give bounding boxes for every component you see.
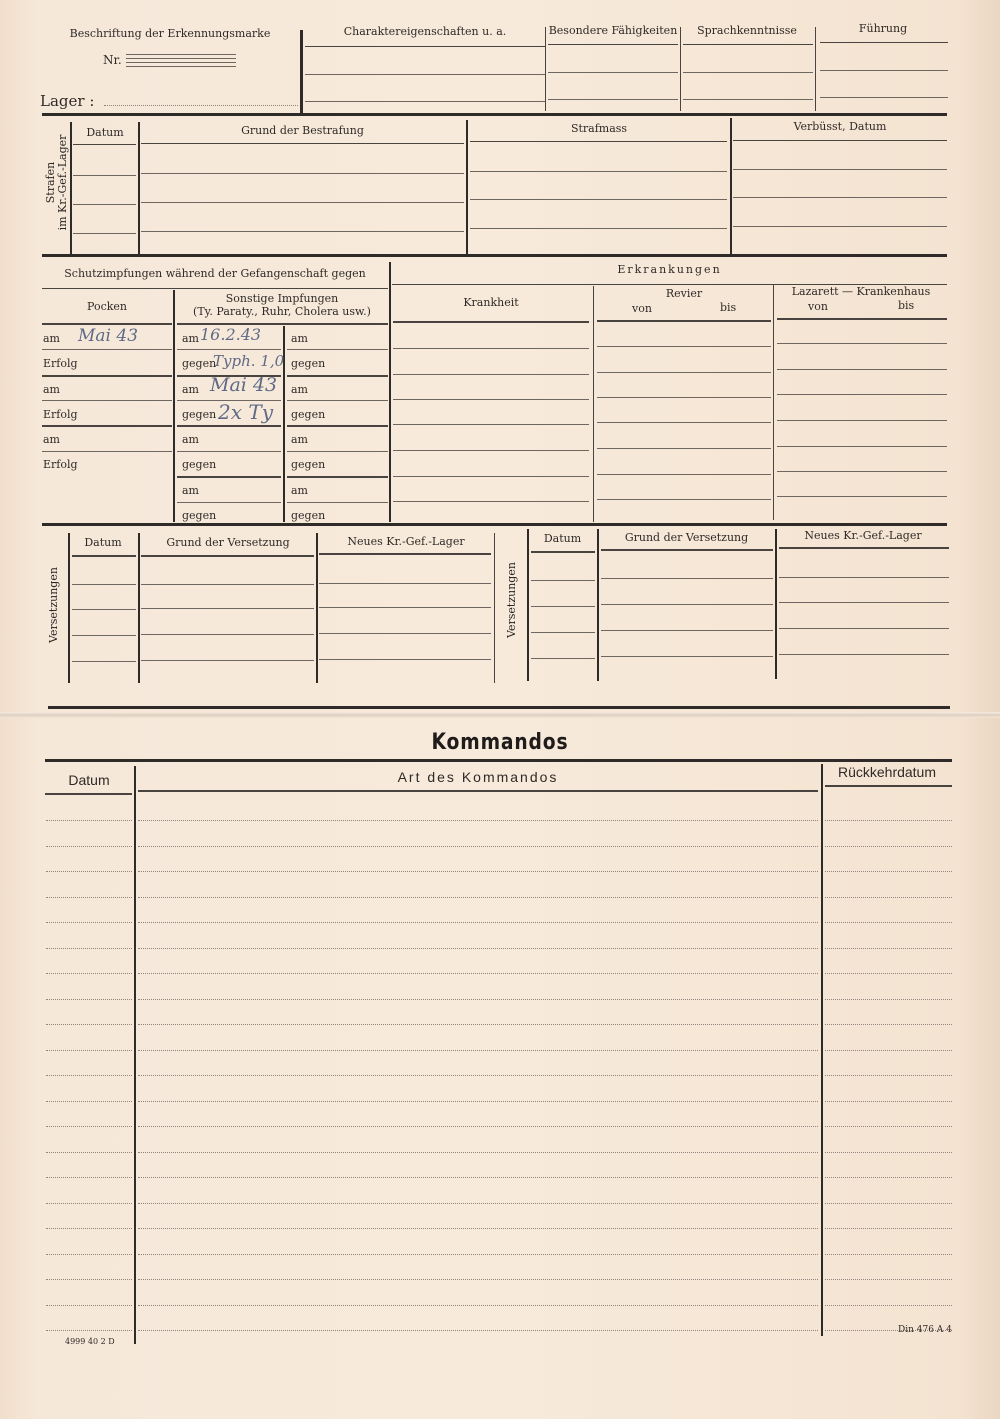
kommandos-row-line[interactable] (825, 1075, 952, 1076)
paper-fold (0, 712, 1000, 718)
pocken-header: Pocken (42, 300, 172, 313)
charakter-line-1[interactable] (305, 74, 545, 75)
sonstige1-am-value-1[interactable]: 16.2.43 (200, 325, 261, 344)
kommandos-row-line[interactable] (825, 1228, 952, 1229)
pocken-erfolg-label-3: Erfolg (43, 458, 78, 471)
lager-label: Lager : (40, 93, 94, 110)
strafen-row-4[interactable] (73, 234, 948, 254)
kommandos-row-line[interactable] (138, 1075, 818, 1076)
kommandos-row-line[interactable] (138, 999, 818, 1000)
kommandos-row-line[interactable] (138, 897, 818, 898)
versetzungen-side-label-left: Versetzungen (48, 560, 60, 650)
kommandos-row-line[interactable] (46, 1050, 132, 1051)
kommandos-row-line[interactable] (138, 1254, 818, 1255)
pocken-am-label-3: am (43, 433, 60, 446)
kommandos-top-rule (45, 759, 952, 762)
versetzung-right-lager-header: Neues Kr.-Gef.-Lager (777, 529, 949, 542)
erkrankungen-title: Erkrankungen (392, 263, 947, 276)
kommandos-row-line[interactable] (46, 1152, 132, 1153)
nr-label: Nr. (103, 54, 122, 67)
kommandos-row-line[interactable] (825, 1254, 952, 1255)
sonstige2-gegen-label-4: gegen (291, 509, 325, 522)
sonstige1-gegen-value-1[interactable]: Typh. 1,0 (213, 352, 284, 370)
kommandos-art-header: Art des Kommandos (136, 769, 820, 785)
kommandos-row-line[interactable] (138, 948, 818, 949)
kommandos-row-line[interactable] (825, 1050, 952, 1051)
strafen-side-label: Strafen im Kr.-Gef.-Lager (45, 120, 69, 245)
kommandos-row-line[interactable] (46, 1101, 132, 1102)
kommandos-row-line[interactable] (46, 846, 132, 847)
versetzung-right-grund-header: Grund der Versetzung (599, 531, 774, 544)
kommandos-row-line[interactable] (46, 1254, 132, 1255)
schutzimpfungen-title: Schutzimpfungen während der Gefangenscha… (42, 267, 388, 280)
kommandos-row-line[interactable] (825, 820, 952, 821)
lager-field[interactable] (104, 105, 298, 106)
header-divider (300, 30, 303, 114)
kommandos-row-line[interactable] (138, 871, 818, 872)
kommandos-row-line[interactable] (825, 1279, 952, 1280)
kommandos-row-line[interactable] (825, 846, 952, 847)
revier-von-label: von (632, 302, 652, 315)
sonstige1-gegen-value-2[interactable]: 2x Ty (218, 400, 273, 424)
sonstige2-am-label-4: am (291, 484, 308, 497)
sonstige1-gegen-label-4: gegen (182, 509, 216, 522)
kommandos-row-line[interactable] (46, 1279, 132, 1280)
kommandos-row-line[interactable] (138, 1305, 818, 1306)
kommandos-row-line[interactable] (825, 871, 952, 872)
kommandos-row-line[interactable] (46, 948, 132, 949)
kommandos-row-line[interactable] (138, 1101, 818, 1102)
kommandos-row-line[interactable] (46, 1024, 132, 1025)
kommandos-row-line[interactable] (138, 1279, 818, 1280)
form-paper (0, 0, 1000, 1419)
sprachkenntnisse-line-2[interactable] (683, 99, 813, 100)
nr-field[interactable] (126, 52, 236, 68)
kommandos-rueckkehr-header: Rückkehrdatum (823, 764, 951, 780)
kommandos-row-line[interactable] (46, 1177, 132, 1178)
kommandos-row-line[interactable] (825, 1203, 952, 1204)
kommandos-row-line[interactable] (825, 1152, 952, 1153)
versetzung-left-grund-header: Grund der Versetzung (140, 536, 316, 549)
krankheit-header: Krankheit (393, 296, 589, 309)
kommandos-row-line[interactable] (46, 1203, 132, 1204)
lazarett-header: Lazarett — Krankenhaus (775, 285, 947, 298)
faehigkeiten-line-2[interactable] (548, 99, 678, 100)
strafen-datum-header: Datum (72, 126, 138, 139)
kommandos-row-line[interactable] (138, 820, 818, 821)
din-label: Din 476 A 4 (898, 1324, 952, 1337)
faehigkeiten-label: Besondere Fähigkeiten (546, 24, 680, 37)
section-rule (42, 254, 947, 257)
kommandos-row-line[interactable] (46, 1330, 132, 1331)
sonstige2-am-label-2: am (291, 383, 308, 396)
lazarett-bis-label: bis (898, 299, 914, 312)
kommandos-row-line[interactable] (138, 1177, 818, 1178)
kommandos-row-line[interactable] (138, 1126, 818, 1127)
kommandos-row-line[interactable] (46, 1075, 132, 1076)
kommandos-row-line[interactable] (46, 871, 132, 872)
versetzung-left-datum-header: Datum (70, 536, 136, 549)
pocken-am-value-1[interactable]: Mai 43 (78, 326, 138, 346)
kommandos-row-line[interactable] (825, 897, 952, 898)
sonstige1-am-label-2: am (182, 383, 199, 396)
strafen-strafmass-header: Strafmass (468, 122, 730, 135)
charakter-line-2[interactable] (305, 101, 545, 102)
kommandos-row-line[interactable] (825, 948, 952, 949)
kommandos-row-line[interactable] (46, 1305, 132, 1306)
sonstige1-am-label-1: am (182, 332, 199, 345)
sonstige2-gegen-label-3: gegen (291, 458, 325, 471)
kommandos-row-line[interactable] (825, 1024, 952, 1025)
section-rule (42, 113, 947, 116)
kommandos-row-line[interactable] (825, 1101, 952, 1102)
faehigkeiten-line-1[interactable] (548, 72, 678, 73)
strafen-verbuesst-header: Verbüsst, Datum (732, 120, 948, 133)
sprachkenntnisse-label: Sprachkenntnisse (681, 24, 813, 37)
sonstige2-am-label-3: am (291, 433, 308, 446)
fuehrung-line-1[interactable] (820, 70, 948, 71)
pocken-erfolg-label-1: Erfolg (43, 357, 78, 370)
sonstige2-gegen-label-2: gegen (291, 408, 325, 421)
pocken-am-label-1: am (43, 332, 60, 345)
kommandos-row-line[interactable] (825, 1177, 952, 1178)
sonstige1-gegen-label-1: gegen (182, 357, 216, 370)
sonstige1-am-label-3: am (182, 433, 199, 446)
kommandos-row-line[interactable] (46, 897, 132, 898)
kommandos-row-line[interactable] (46, 999, 132, 1000)
fuehrung-label: Führung (818, 22, 948, 35)
kommandos-row-line[interactable] (46, 1228, 132, 1229)
kommandos-row-line[interactable] (825, 999, 952, 1000)
kommandos-datum-header: Datum (45, 772, 133, 788)
kommandos-row-line[interactable] (46, 973, 132, 974)
kommandos-row-line[interactable] (46, 922, 132, 923)
sonstige1-am-value-2[interactable]: Mai 43 (210, 374, 277, 396)
sonstige1-gegen-label-3: gegen (182, 458, 216, 471)
kommandos-row-line[interactable] (138, 1203, 818, 1204)
erkennungsmarke-label: Beschriftung der Erkennungsmarke (40, 27, 300, 40)
kommandos-row-line[interactable] (138, 1050, 818, 1051)
kommandos-row-line[interactable] (825, 922, 952, 923)
pocken-am-label-2: am (43, 383, 60, 396)
kommandos-row-line[interactable] (46, 820, 132, 821)
strafen-grund-header: Grund der Bestrafung (140, 124, 465, 137)
kommandos-row-line[interactable] (138, 1228, 818, 1229)
versetzungen-side-label-right: Versetzungen (506, 555, 518, 645)
kommandos-row-line[interactable] (825, 1126, 952, 1127)
kommandos-row-line[interactable] (138, 922, 818, 923)
section-rule (42, 523, 947, 526)
kommandos-title: Kommandos (75, 730, 925, 755)
revier-header: Revier (594, 287, 774, 300)
sonstige-header-1: Sonstige Impfungen (175, 292, 389, 305)
lazarett-von-label: von (808, 300, 828, 313)
versetzung-right-datum-header: Datum (529, 532, 596, 545)
sonstige2-am-label-1: am (291, 332, 308, 345)
kommandos-row-line[interactable] (825, 1305, 952, 1306)
kommandos-row-line[interactable] (138, 1330, 818, 1331)
kommandos-row-line[interactable] (138, 846, 818, 847)
kommandos-row-line[interactable] (825, 973, 952, 974)
charakter-label: Charaktereigenschaften u. a. (305, 25, 545, 38)
pocken-erfolg-label-2: Erfolg (43, 408, 78, 421)
sonstige-header-2: (Ty. Paraty., Ruhr, Cholera usw.) (175, 305, 389, 318)
revier-bis-label: bis (720, 301, 736, 314)
sprachkenntnisse-line-1[interactable] (683, 72, 813, 73)
sonstige1-gegen-label-2: gegen (182, 408, 216, 421)
section-rule (48, 706, 950, 709)
sonstige2-gegen-label-1: gegen (291, 357, 325, 370)
kommandos-row-line[interactable] (138, 1152, 818, 1153)
sonstige1-am-label-4: am (182, 484, 199, 497)
versetzung-left-lager-header: Neues Kr.-Gef.-Lager (318, 535, 494, 548)
kommandos-row-line[interactable] (138, 1024, 818, 1025)
kommandos-row-line[interactable] (46, 1126, 132, 1127)
fuehrung-line-2[interactable] (820, 97, 948, 98)
form-number: 4999 40 2 D (65, 1335, 115, 1348)
kommandos-row-line[interactable] (138, 973, 818, 974)
